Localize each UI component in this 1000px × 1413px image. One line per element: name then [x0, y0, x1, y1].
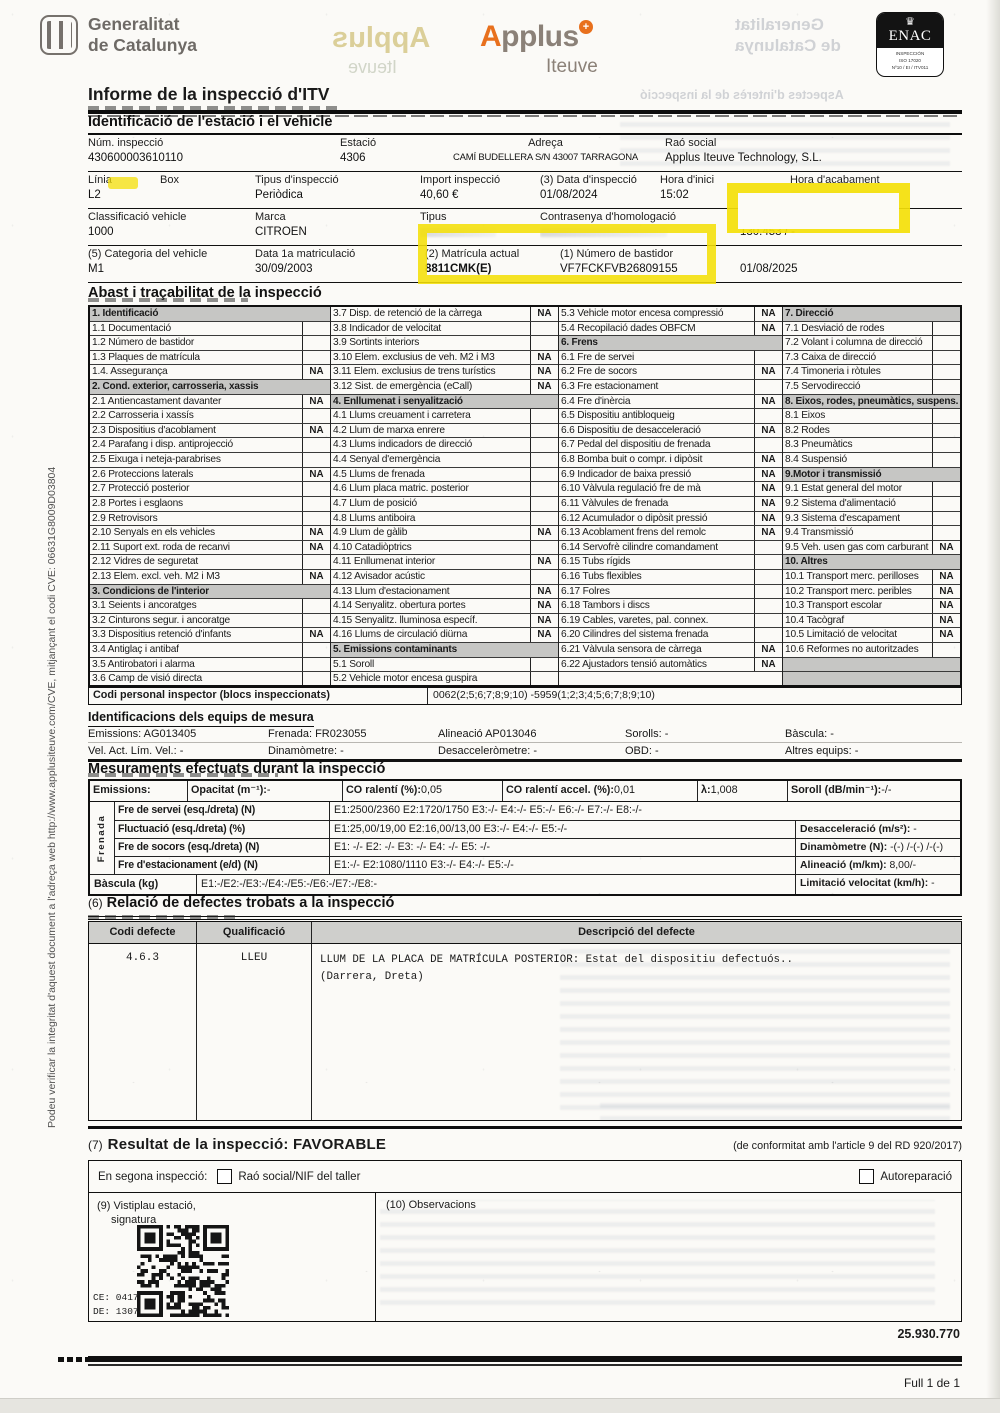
- result-regulation-note: (de conformitat amb l'article 9 del RD 9…: [733, 1140, 962, 1152]
- frenada-row: Fre de socors (esq./dreta) (N)E1: -/- E2…: [115, 838, 960, 856]
- defect-code: 4.6.3: [89, 944, 196, 1120]
- checklist-item: 6.7 Pedal del dispositiu de frenada: [559, 438, 782, 453]
- equipment-item: Desacceleròmetre: -: [438, 743, 625, 759]
- checklist-blank-row: [783, 658, 960, 673]
- checklist-item: 2.7 Protecció posterior: [90, 482, 330, 497]
- result-label-and-value: Resultat de la inspecció: FAVORABLE: [108, 1136, 386, 1153]
- checklist-item: 6.12 Acumulador o dipòsit pressióNA: [559, 512, 782, 527]
- enac-accreditation-badge: ♛ ENAC INSPECCIÓN ISO 17020 Nº10 / EI / …: [876, 12, 944, 77]
- sheet-number: Full 1 de 1: [904, 1376, 960, 1390]
- emissions-cell: CO ralentí (%):0,05: [342, 781, 502, 801]
- checklist-item: 4.12 Avisador acústic: [331, 570, 558, 585]
- checklist-item: 4.8 Llums antiboira: [331, 512, 558, 527]
- checklist-item: 6.18 Tambors i discs: [559, 599, 782, 614]
- applus-logo-text: pplus: [501, 20, 579, 53]
- checklist-item: 3.2 Cinturons segur. i ancoratge: [90, 614, 330, 629]
- id-field: (1) Número de bastidorVF7FCKFVB26809155: [560, 246, 740, 282]
- checklist-column-1: 1. Identificació1.1 Documentació1.2 Núme…: [90, 307, 330, 685]
- station-signature-cell: (9) Vistiplau estació, signatura CE: 041…: [89, 1193, 376, 1321]
- checklist-item: 5.2 Vehicle motor encesa guspira: [331, 672, 558, 685]
- document-number: 25.930.770: [897, 1327, 960, 1341]
- checklist-item: 5.4 Recopilació dades OBFCMNA: [559, 322, 782, 337]
- checklist-section-header: 6. Frens: [559, 336, 782, 351]
- checklist-item: 4.11 Enllumenat interiorNA: [331, 555, 558, 570]
- id-field: Classificació vehicle1000: [88, 209, 255, 245]
- id-field: Contrasenya d'homologació: [540, 209, 740, 245]
- id-field: (5) Categoria del vehicleM1: [88, 246, 255, 282]
- equipment-item: Bàscula: -: [785, 726, 962, 743]
- checklist-item: 4.2 Llum de marxa enrere: [331, 424, 558, 439]
- defects-table: Codi defecte Qualificació Descripció del…: [88, 921, 962, 1121]
- id-field: Núm. inspecció430600003610110: [88, 135, 340, 171]
- taller-checkbox[interactable]: [217, 1169, 232, 1184]
- frenada-row: Fluctuació (esq./dreta) (%)E1:25,00/19,0…: [115, 820, 960, 838]
- checklist-item: 2.10 Senyals en els vehiclesNA: [90, 526, 330, 541]
- checklist-item: 4.9 Llum de gàlibNA: [331, 526, 558, 541]
- checklist-section-header: 3. Condicions de l'interior: [90, 585, 330, 600]
- second-inspection-label: En segona inspecció:: [98, 1171, 207, 1183]
- emissions-row: Emissions: Opacitat (m⁻¹):-CO ralentí (%…: [90, 781, 960, 802]
- checklist-section-header: 4. Enllumenat i senyalització: [331, 395, 558, 410]
- frenada-right-cell: Desacceleració (m/s²): -: [795, 821, 960, 838]
- checklist-item: 6.21 Vàlvula sensora de càrregaNA: [559, 643, 782, 658]
- id-field: Box: [160, 172, 255, 208]
- frenada-right-cell: Alineació (m/km): 8,00/-: [795, 857, 960, 874]
- checklist-item: 6.14 Servofrè cilindre comandament: [559, 541, 782, 556]
- bascula-label: Bàscula (kg): [90, 875, 197, 894]
- checklist-section-header: 7. Direcció: [783, 307, 960, 322]
- checklist-item: 4.13 Llum d'estacionamentNA: [331, 585, 558, 600]
- checklist-item: 5.1 Soroll: [331, 658, 558, 673]
- identification-row: Classificació vehicle1000MarcaCITROENTip…: [88, 209, 962, 246]
- checklist-item: 6.2 Fre de socorsNA: [559, 365, 782, 380]
- gencat-name-line1: Generalitat: [88, 14, 197, 35]
- checklist-item: 4.16 Llums de circulació diürnaNA: [331, 628, 558, 643]
- taller-label: Raó social/NIF del taller: [238, 1171, 360, 1183]
- scan-edge-bottom: [0, 1398, 1000, 1413]
- checklist-item: 2.9 Retrovisors: [90, 512, 330, 527]
- checklist-item: 4.1 Llums creuament i carretera: [331, 409, 558, 424]
- emissions-cell: CO ralentí accel. (%):0,01: [502, 781, 697, 801]
- checklist-item: 6.9 Indicador de baixa pressióNA: [559, 468, 782, 483]
- identification-row: LíniaL2BoxTipus d'inspeccióPeriòdicaImpo…: [88, 172, 962, 209]
- inspection-checklist-table: 1. Identificació1.1 Documentació1.2 Núme…: [88, 305, 962, 687]
- checklist-item: 3.6 Camp de visió directa: [90, 672, 330, 685]
- checklist-item: 7.5 Servodirecció: [783, 380, 960, 395]
- applus-logo-text-a: A: [480, 20, 501, 53]
- id-field: Tipus d'inspeccióPeriòdica: [255, 172, 420, 208]
- second-inspection-row: En segona inspecció: Raó social/NIF del …: [89, 1161, 961, 1193]
- checklist-item: 6.5 Dispositiu antibloqueig: [559, 409, 782, 424]
- id-field: 01/08/2025: [740, 246, 955, 282]
- id-field: (2) Matrícula actual8811CMK(E): [425, 246, 560, 282]
- inspector-code-row: Codi personal inspector (blocs inspeccio…: [88, 687, 962, 705]
- enac-line3: Nº10 / EI / ITV011: [878, 65, 942, 72]
- scan-artifact-dashes: [88, 915, 238, 919]
- id-field: (3) Data d'inspecció01/08/2024: [540, 172, 660, 208]
- checklist-item: 3.1 Seients i ancoratges: [90, 599, 330, 614]
- checklist-item: 10.4 TacògrafNA: [783, 614, 960, 629]
- id-field: Tipus: [420, 209, 540, 245]
- observations-cell: (10) Observacions: [376, 1193, 961, 1321]
- equipment-item: Altres equips: -: [785, 743, 962, 759]
- observations-label: (10) Observacions: [386, 1199, 951, 1211]
- equipment-item: Alineació AP013046: [438, 726, 625, 743]
- equipment-item: Sorolls: -: [625, 726, 785, 743]
- checklist-item: 7.1 Desviació de rodes: [783, 322, 960, 337]
- checklist-item: 4.10 Catadiòptrics: [331, 541, 558, 556]
- checklist-item: 6.16 Tubs flexibles: [559, 570, 782, 585]
- emissions-cell: Opacitat (m⁻¹):-: [187, 781, 342, 801]
- qr-code: [137, 1225, 229, 1317]
- emissions-cell: Soroll (dB/min⁻¹):-/-: [787, 781, 960, 801]
- checklist-item: 6.22 Ajustadors tensió automàticsNA: [559, 658, 782, 673]
- checklist-section-header: 5. Emissions contaminants: [331, 643, 558, 658]
- equipment-heading: Identificacions dels equips de mesura: [88, 710, 314, 727]
- checklist-item: 1.1 Documentació: [90, 322, 330, 337]
- equipment-item: OBD: -: [625, 743, 785, 759]
- enac-line1: INSPECCIÓN: [878, 51, 942, 58]
- defect-grade: LLEU: [196, 944, 311, 1120]
- checklist-item: 4.6 Llum placa matric. posterior: [331, 482, 558, 497]
- checklist-item: 2.1 Antiencastament davanterNA: [90, 395, 330, 410]
- checklist-column-2: 3.7 Disp. de retenció de la càrregaNA3.8…: [330, 307, 558, 685]
- checklist-item: 6.6 Dispositiu de desacceleracióNA: [559, 424, 782, 439]
- inspection-result: (7) Resultat de la inspecció: FAVORABLE …: [88, 1126, 962, 1153]
- measurements-table: Emissions: Opacitat (m⁻¹):-CO ralentí (%…: [88, 779, 962, 896]
- checklist-item: 7.4 Timoneria i ròtules: [783, 365, 960, 380]
- checklist-item: 4.3 Llums indicadors de direcció: [331, 438, 558, 453]
- scan-edge-right: [986, 0, 1000, 1413]
- applus-logo-sub: Iteuve: [546, 56, 598, 78]
- checklist-item: 9.4 Transmissió: [783, 526, 960, 541]
- checklist-item: 10.3 Transport escolarNA: [783, 599, 960, 614]
- checklist-item: 4.14 Senyalitz. obertura portesNA: [331, 599, 558, 614]
- id-field: Import inspecció40,60 €: [420, 172, 540, 208]
- checklist-section-header: 10. Altres: [783, 555, 960, 570]
- checklist-item: 3.11 Elem. exclusius de trens turísticsN…: [331, 365, 558, 380]
- identification-row: (5) Categoria del vehicleM1Data 1a matri…: [88, 246, 962, 283]
- checklist-item: 6.19 Cables, varetes, pal. connex.: [559, 614, 782, 629]
- checklist-item: 6.13 Acoblament frens del remolcNA: [559, 526, 782, 541]
- scanned-itv-report: Generalitat de Catalunya Aspectes d'inte…: [0, 0, 1000, 1413]
- checklist-item: 9.5 Veh. usen gas com carburantNA: [783, 541, 960, 556]
- frenada-right-cell: Dinamòmetre (N): -(-) /-(-) /-(-): [795, 839, 960, 856]
- id-field: LíniaL2: [88, 172, 160, 208]
- scan-artifact-dashes: [88, 106, 338, 110]
- id-field: (4) km / hores de treball130.453 / -: [740, 209, 955, 245]
- checklist-item: 3.9 Sortints interiors: [331, 336, 558, 351]
- bascula-value: E1:-/E2:-/E3:-/E4:-/E5:-/E6:-/E7:-/E8:-: [197, 875, 795, 894]
- checklist-item: 6.8 Bomba buit o compr. i dipòsitNA: [559, 453, 782, 468]
- id-field: AdreçaCAMÍ BUDELLERA S/N 43007 TARRAGONA: [428, 135, 665, 171]
- checklist-item: 4.15 Senyalitz. lluminosa específ.NA: [331, 614, 558, 629]
- defect-row: 4.6.3 LLEU LLUM DE LA PLACA DE MATRÍCULA…: [89, 944, 961, 1120]
- id-field: Hora d'acabament: [790, 172, 955, 208]
- checklist-item: 7.3 Caixa de direcció: [783, 351, 960, 366]
- de-code: DE: 1307: [93, 1305, 139, 1319]
- checklist-item: 2.12 Vidres de seguretat: [90, 555, 330, 570]
- checklist-item: 8.4 Suspensió: [783, 453, 960, 468]
- crown-icon: ♛: [877, 17, 943, 28]
- checklist-item: 1.3 Plaques de matrícula: [90, 351, 330, 366]
- inspector-code-label: Codi personal inspector (blocs inspeccio…: [89, 688, 428, 704]
- autoreparacio-checkbox[interactable]: [859, 1169, 874, 1184]
- equipment-item: Frenada: FR023055: [268, 726, 438, 743]
- checklist-item: 2.11 Suport ext. roda de recanviNA: [90, 541, 330, 556]
- id-field: Raó socialApplus Iteuve Technology, S.L.: [665, 135, 955, 171]
- checklist-item: 7.2 Volant i columna de direcció: [783, 336, 960, 351]
- checklist-item: 2.8 Portes i esglaons: [90, 497, 330, 512]
- gencat-shield-icon: [40, 15, 78, 55]
- emissions-cell: λ:1,008: [697, 781, 787, 801]
- frenada-row: Fre de servei (esq./dreta) (N)E1:2500/23…: [115, 802, 960, 820]
- checklist-section-header: 2. Cond. exterior, carrosseria, xassis: [90, 380, 330, 395]
- result-value: FAVORABLE: [293, 1136, 386, 1153]
- checklist-item: 6.4 Fre d'inèrciaNA: [559, 395, 782, 410]
- applus-logo: Applus+ Iteuve: [480, 20, 598, 78]
- checklist-blank-row: [559, 672, 782, 685]
- checklist-item: 4.4 Senyal d'emergència: [331, 453, 558, 468]
- checklist-item: 9.2 Sistema d'alimentació: [783, 497, 960, 512]
- checklist-item: 4.7 Llum de posició: [331, 497, 558, 512]
- checklist-blank-row: [783, 672, 960, 685]
- checklist-column-3: 5.3 Vehicle motor encesa compressióNA5.4…: [558, 307, 782, 685]
- checklist-item: 6.17 Folres: [559, 585, 782, 600]
- speed-limit-cell: Limitació velocitat (km/h): -: [795, 875, 960, 894]
- checklist-item: 1.4. AssegurançaNA: [90, 365, 330, 380]
- checklist-item: 5.3 Vehicle motor encesa compressióNA: [559, 307, 782, 322]
- checklist-item: 2.3 Dispositius d'acoblamentNA: [90, 424, 330, 439]
- defect-description: LLUM DE LA PLACA DE MATRÍCULA POSTERIOR:…: [311, 944, 961, 1120]
- checklist-item: 4.5 Llums de frenada: [331, 468, 558, 483]
- checklist-item: 6.11 Vàlvules de frenadaNA: [559, 497, 782, 512]
- bottom-rule: [88, 1356, 962, 1362]
- checklist-item: 8.1 Eixos: [783, 409, 960, 424]
- checklist-item: 3.4 Antiglaç i antibaf: [90, 643, 330, 658]
- second-inspection-box: En segona inspecció: Raó social/NIF del …: [88, 1160, 962, 1322]
- enac-name: ENAC: [877, 28, 943, 45]
- checklist-item: 3.10 Elem. exclusius de veh. M2 i M3NA: [331, 351, 558, 366]
- checklist-item: 3.5 Antirobatori i alarma: [90, 658, 330, 673]
- checklist-item: 9.3 Sistema d'escapament: [783, 512, 960, 527]
- id-field: MarcaCITROEN: [255, 209, 420, 245]
- checklist-item: 2.2 Carrosseria i xassís: [90, 409, 330, 424]
- scan-artifact-dashes: [88, 773, 278, 777]
- checklist-item: 3.3 Dispositius retenció d'infantsNA: [90, 628, 330, 643]
- inspector-code-value: 0062(2;5;6;7;8;9;10) -5959(1;2;3;4;5;6;7…: [428, 688, 961, 704]
- checklist-item: 10.5 Limitació de velocitatNA: [783, 628, 960, 643]
- checklist-item: 8.3 Pneumàtics: [783, 438, 960, 453]
- equipment-item: Emissions: AG013405: [88, 726, 268, 743]
- checklist-item: 6.15 Tubs rígids: [559, 555, 782, 570]
- checklist-item: 1.2 Número de bastidor: [90, 336, 330, 351]
- checklist-item: 2.6 Proteccions lateralsNA: [90, 468, 330, 483]
- checklist-item: 6.1 Fre de servei: [559, 351, 782, 366]
- document-header: Generalitat de Catalunya Applus+ Iteuve …: [40, 12, 962, 82]
- checklist-item: 10.2 Transport merc. periblesNA: [783, 585, 960, 600]
- checklist-item: 6.3 Fre estacionament: [559, 380, 782, 395]
- equipment-item: Dinamòmetre: -: [268, 743, 438, 759]
- vistiplau-label-line1: (9) Vistiplau estació,: [97, 1199, 367, 1213]
- emissions-label: Emissions:: [90, 781, 187, 801]
- applus-plus-icon: +: [579, 20, 593, 34]
- enac-line2: ISO 17020: [878, 58, 942, 65]
- checklist-item: 6.20 Cilindres del sistema frenada: [559, 628, 782, 643]
- checklist-item: 9.1 Estat general del motor: [783, 482, 960, 497]
- autoreparacio-label: Autoreparació: [880, 1171, 952, 1183]
- identification-section: Identificació de l'estació i el vehicle …: [88, 114, 962, 283]
- checklist-column-4: 7. Direcció7.1 Desviació de rodes7.2 Vol…: [782, 307, 960, 685]
- checklist-item: 3.12 Sist. de emergència (eCall)NA: [331, 380, 558, 395]
- scan-artifact-dashes: [88, 298, 248, 302]
- frenada-vertical-label: Frenada: [90, 802, 115, 874]
- equipment-item: Vel. Act. Lím. Vel.: -: [88, 743, 268, 759]
- id-field: Hora d'inici15:02: [660, 172, 790, 208]
- checklist-item: 3.8 Indicador de velocitat: [331, 322, 558, 337]
- checklist-item: 2.5 Eixuga i neteja-parabrises: [90, 453, 330, 468]
- checklist-item: 10.1 Transport merc. perillosesNA: [783, 570, 960, 585]
- checklist-item: 10.6 Reformes no autoritzades: [783, 643, 960, 658]
- gencat-logo: Generalitat de Catalunya: [40, 14, 197, 56]
- cve-verification-note: Podeu verificar la integritat d'aquest d…: [46, 296, 58, 1128]
- checklist-item: 3.7 Disp. de retenció de la càrregaNA: [331, 307, 558, 322]
- bascula-row: Bàscula (kg) E1:-/E2:-/E3:-/E4:-/E5:-/E6…: [90, 875, 960, 894]
- identification-row: Núm. inspecció430600003610110Estació4306…: [88, 135, 962, 172]
- frenada-row: Fre d'estacionament (e/d) (N)E1:-/- E2:1…: [115, 856, 960, 874]
- identification-heading: Identificació de l'estació i el vehicle: [88, 114, 962, 135]
- equipment-grid: Emissions: AG013405Frenada: FR023055Alin…: [88, 726, 962, 762]
- frenada-rows: Fre de servei (esq./dreta) (N)E1:2500/23…: [115, 802, 960, 874]
- gencat-name-line2: de Catalunya: [88, 35, 197, 56]
- id-field: Estació4306: [340, 135, 428, 171]
- checklist-item: 2.4 Parafang i disp. antiprojecció: [90, 438, 330, 453]
- checklist-item: 2.13 Elem. excl. veh. M2 i M3NA: [90, 570, 330, 585]
- checklist-section-header: 8. Eixos, rodes, pneumàtics, suspens.: [783, 395, 960, 410]
- id-field: Data 1a matriculació30/09/2003: [255, 246, 425, 282]
- checklist-item: 6.10 Vàlvula regulació fre de màNA: [559, 482, 782, 497]
- checklist-item: 8.2 Rodes: [783, 424, 960, 439]
- checklist-section-header: 9.Motor i transmissió: [783, 468, 960, 483]
- ce-code: CE: 0417: [93, 1291, 139, 1305]
- defects-table-header: Codi defecte Qualificació Descripció del…: [89, 922, 961, 944]
- checklist-section-header: 1. Identificació: [90, 307, 330, 322]
